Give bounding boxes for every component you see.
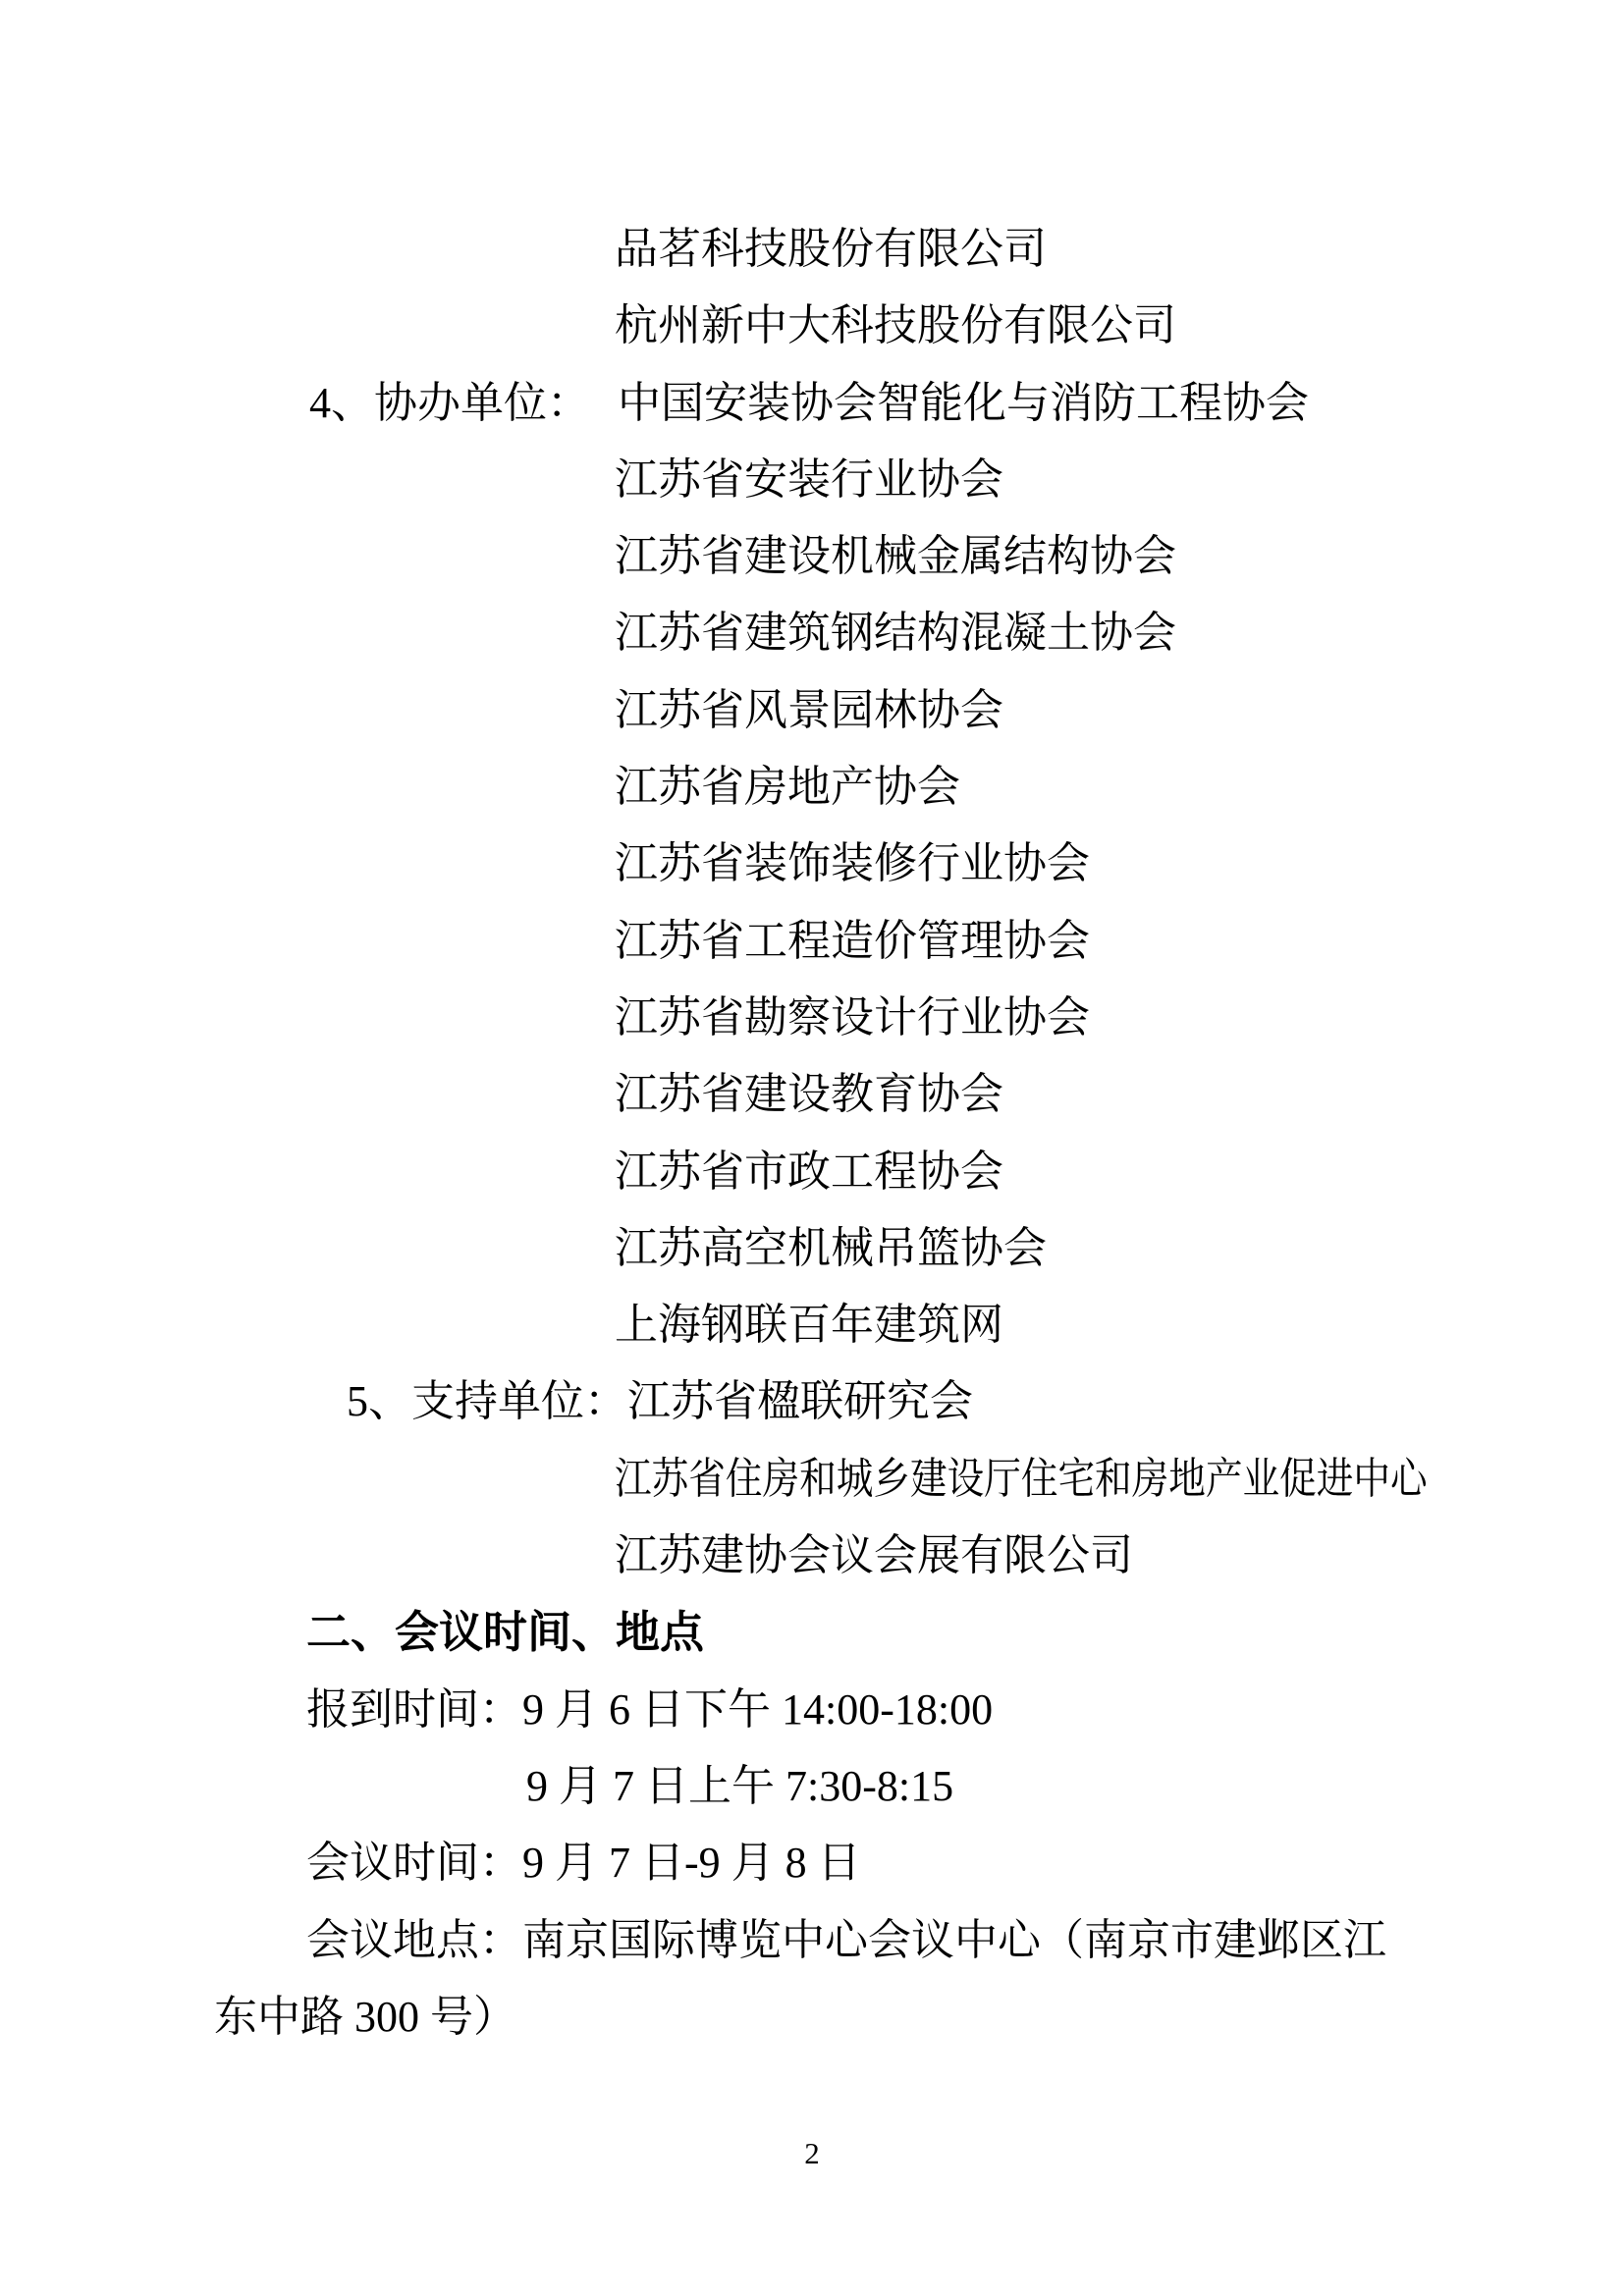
supporter-text: 江苏省住房和城乡建设厅住宅和房地产业促进中心 bbox=[615, 1441, 1428, 1518]
venue-line2: 东中路 300 号） bbox=[0, 1979, 1624, 2056]
co-organizer-line: 江苏省建设教育协会 bbox=[0, 1056, 1624, 1133]
section-heading: 二、会议时间、地点 bbox=[0, 1594, 1624, 1671]
co-organizer-text: 江苏省安装行业协会 bbox=[615, 455, 1003, 504]
co-organizer-text: 江苏省房地产协会 bbox=[615, 763, 960, 811]
co-organizer-text: 上海钢联百年建筑网 bbox=[615, 1301, 1003, 1349]
supporter-text: 江苏建协会议会展有限公司 bbox=[615, 1531, 1133, 1579]
venue-line1: 会议地点：南京国际博览中心会议中心（南京市建邺区江 bbox=[0, 1902, 1624, 1979]
co-organizer-text: 江苏省建设教育协会 bbox=[615, 1070, 1003, 1118]
organizer-line: 品茗科技股份有限公司 bbox=[0, 211, 1624, 288]
co-organizers-label: 4、协办单位： bbox=[309, 379, 590, 427]
co-organizer-text: 江苏高空机械吊篮协会 bbox=[615, 1224, 1047, 1272]
supporters-label: 5、支持单位： bbox=[347, 1377, 627, 1425]
co-organizer-line: 江苏省建设机械金属结构协会 bbox=[0, 518, 1624, 595]
co-organizer-line: 江苏省房地产协会 bbox=[0, 749, 1624, 826]
page-number: 2 bbox=[0, 2132, 1624, 2175]
co-organizer-line: 江苏省勘察设计行业协会 bbox=[0, 980, 1624, 1056]
report-time-text: 9 月 7 日上午 7:30-8:15 bbox=[526, 1762, 953, 1810]
venue-text: 东中路 300 号） bbox=[214, 1993, 516, 2041]
document-page: 品茗科技股份有限公司 杭州新中大科技股份有限公司 4、协办单位：中国安装协会智能… bbox=[0, 0, 1624, 2296]
co-organizer-text: 江苏省装饰装修行业协会 bbox=[615, 839, 1090, 887]
co-organizer-line: 江苏省市政工程协会 bbox=[0, 1134, 1624, 1210]
organizer-text: 品茗科技股份有限公司 bbox=[615, 225, 1047, 273]
supporter-text: 江苏省楹联研究会 bbox=[627, 1377, 973, 1425]
supporters-label-line: 5、支持单位：江苏省楹联研究会 bbox=[0, 1363, 1624, 1440]
co-organizer-line: 江苏高空机械吊篮协会 bbox=[0, 1210, 1624, 1287]
co-organizer-line: 江苏省装饰装修行业协会 bbox=[0, 826, 1624, 902]
supporter-line: 江苏建协会议会展有限公司 bbox=[0, 1518, 1624, 1594]
organizer-text: 杭州新中大科技股份有限公司 bbox=[615, 301, 1176, 349]
co-organizer-text: 江苏省建筑钢结构混凝土协会 bbox=[615, 609, 1176, 657]
meeting-time-line: 会议时间：9 月 7 日-9 月 8 日 bbox=[0, 1825, 1624, 1901]
co-organizer-text: 江苏省风景园林协会 bbox=[615, 686, 1003, 734]
co-organizer-text: 中国安装协会智能化与消防工程协会 bbox=[618, 379, 1309, 427]
page-number-text: 2 bbox=[804, 2136, 820, 2170]
venue-text: 会议地点：南京国际博览中心会议中心（南京市建邺区江 bbox=[306, 1916, 1386, 1964]
co-organizers-label-line: 4、协办单位：中国安装协会智能化与消防工程协会 bbox=[0, 365, 1624, 442]
co-organizer-text: 江苏省勘察设计行业协会 bbox=[615, 993, 1090, 1041]
co-organizer-text: 江苏省工程造价管理协会 bbox=[615, 917, 1090, 965]
co-organizer-line: 江苏省建筑钢结构混凝土协会 bbox=[0, 595, 1624, 671]
co-organizer-line: 上海钢联百年建筑网 bbox=[0, 1287, 1624, 1363]
report-time-line2: 9 月 7 日上午 7:30-8:15 bbox=[0, 1748, 1624, 1825]
report-time-line1: 报到时间：9 月 6 日下午 14:00-18:00 bbox=[0, 1672, 1624, 1748]
supporter-line: 江苏省住房和城乡建设厅住宅和房地产业促进中心 bbox=[0, 1441, 1624, 1518]
co-organizer-line: 江苏省工程造价管理协会 bbox=[0, 903, 1624, 980]
co-organizer-line: 江苏省风景园林协会 bbox=[0, 672, 1624, 749]
meeting-time-text: 会议时间：9 月 7 日-9 月 8 日 bbox=[306, 1839, 861, 1887]
section-heading-text: 二、会议时间、地点 bbox=[306, 1607, 704, 1657]
organizer-line: 杭州新中大科技股份有限公司 bbox=[0, 288, 1624, 364]
co-organizer-line: 江苏省安装行业协会 bbox=[0, 442, 1624, 518]
co-organizer-text: 江苏省建设机械金属结构协会 bbox=[615, 532, 1176, 580]
report-time-text: 报到时间：9 月 6 日下午 14:00-18:00 bbox=[306, 1685, 993, 1734]
document-body: 品茗科技股份有限公司 杭州新中大科技股份有限公司 4、协办单位：中国安装协会智能… bbox=[0, 211, 1624, 2056]
co-organizer-text: 江苏省市政工程协会 bbox=[615, 1148, 1003, 1196]
